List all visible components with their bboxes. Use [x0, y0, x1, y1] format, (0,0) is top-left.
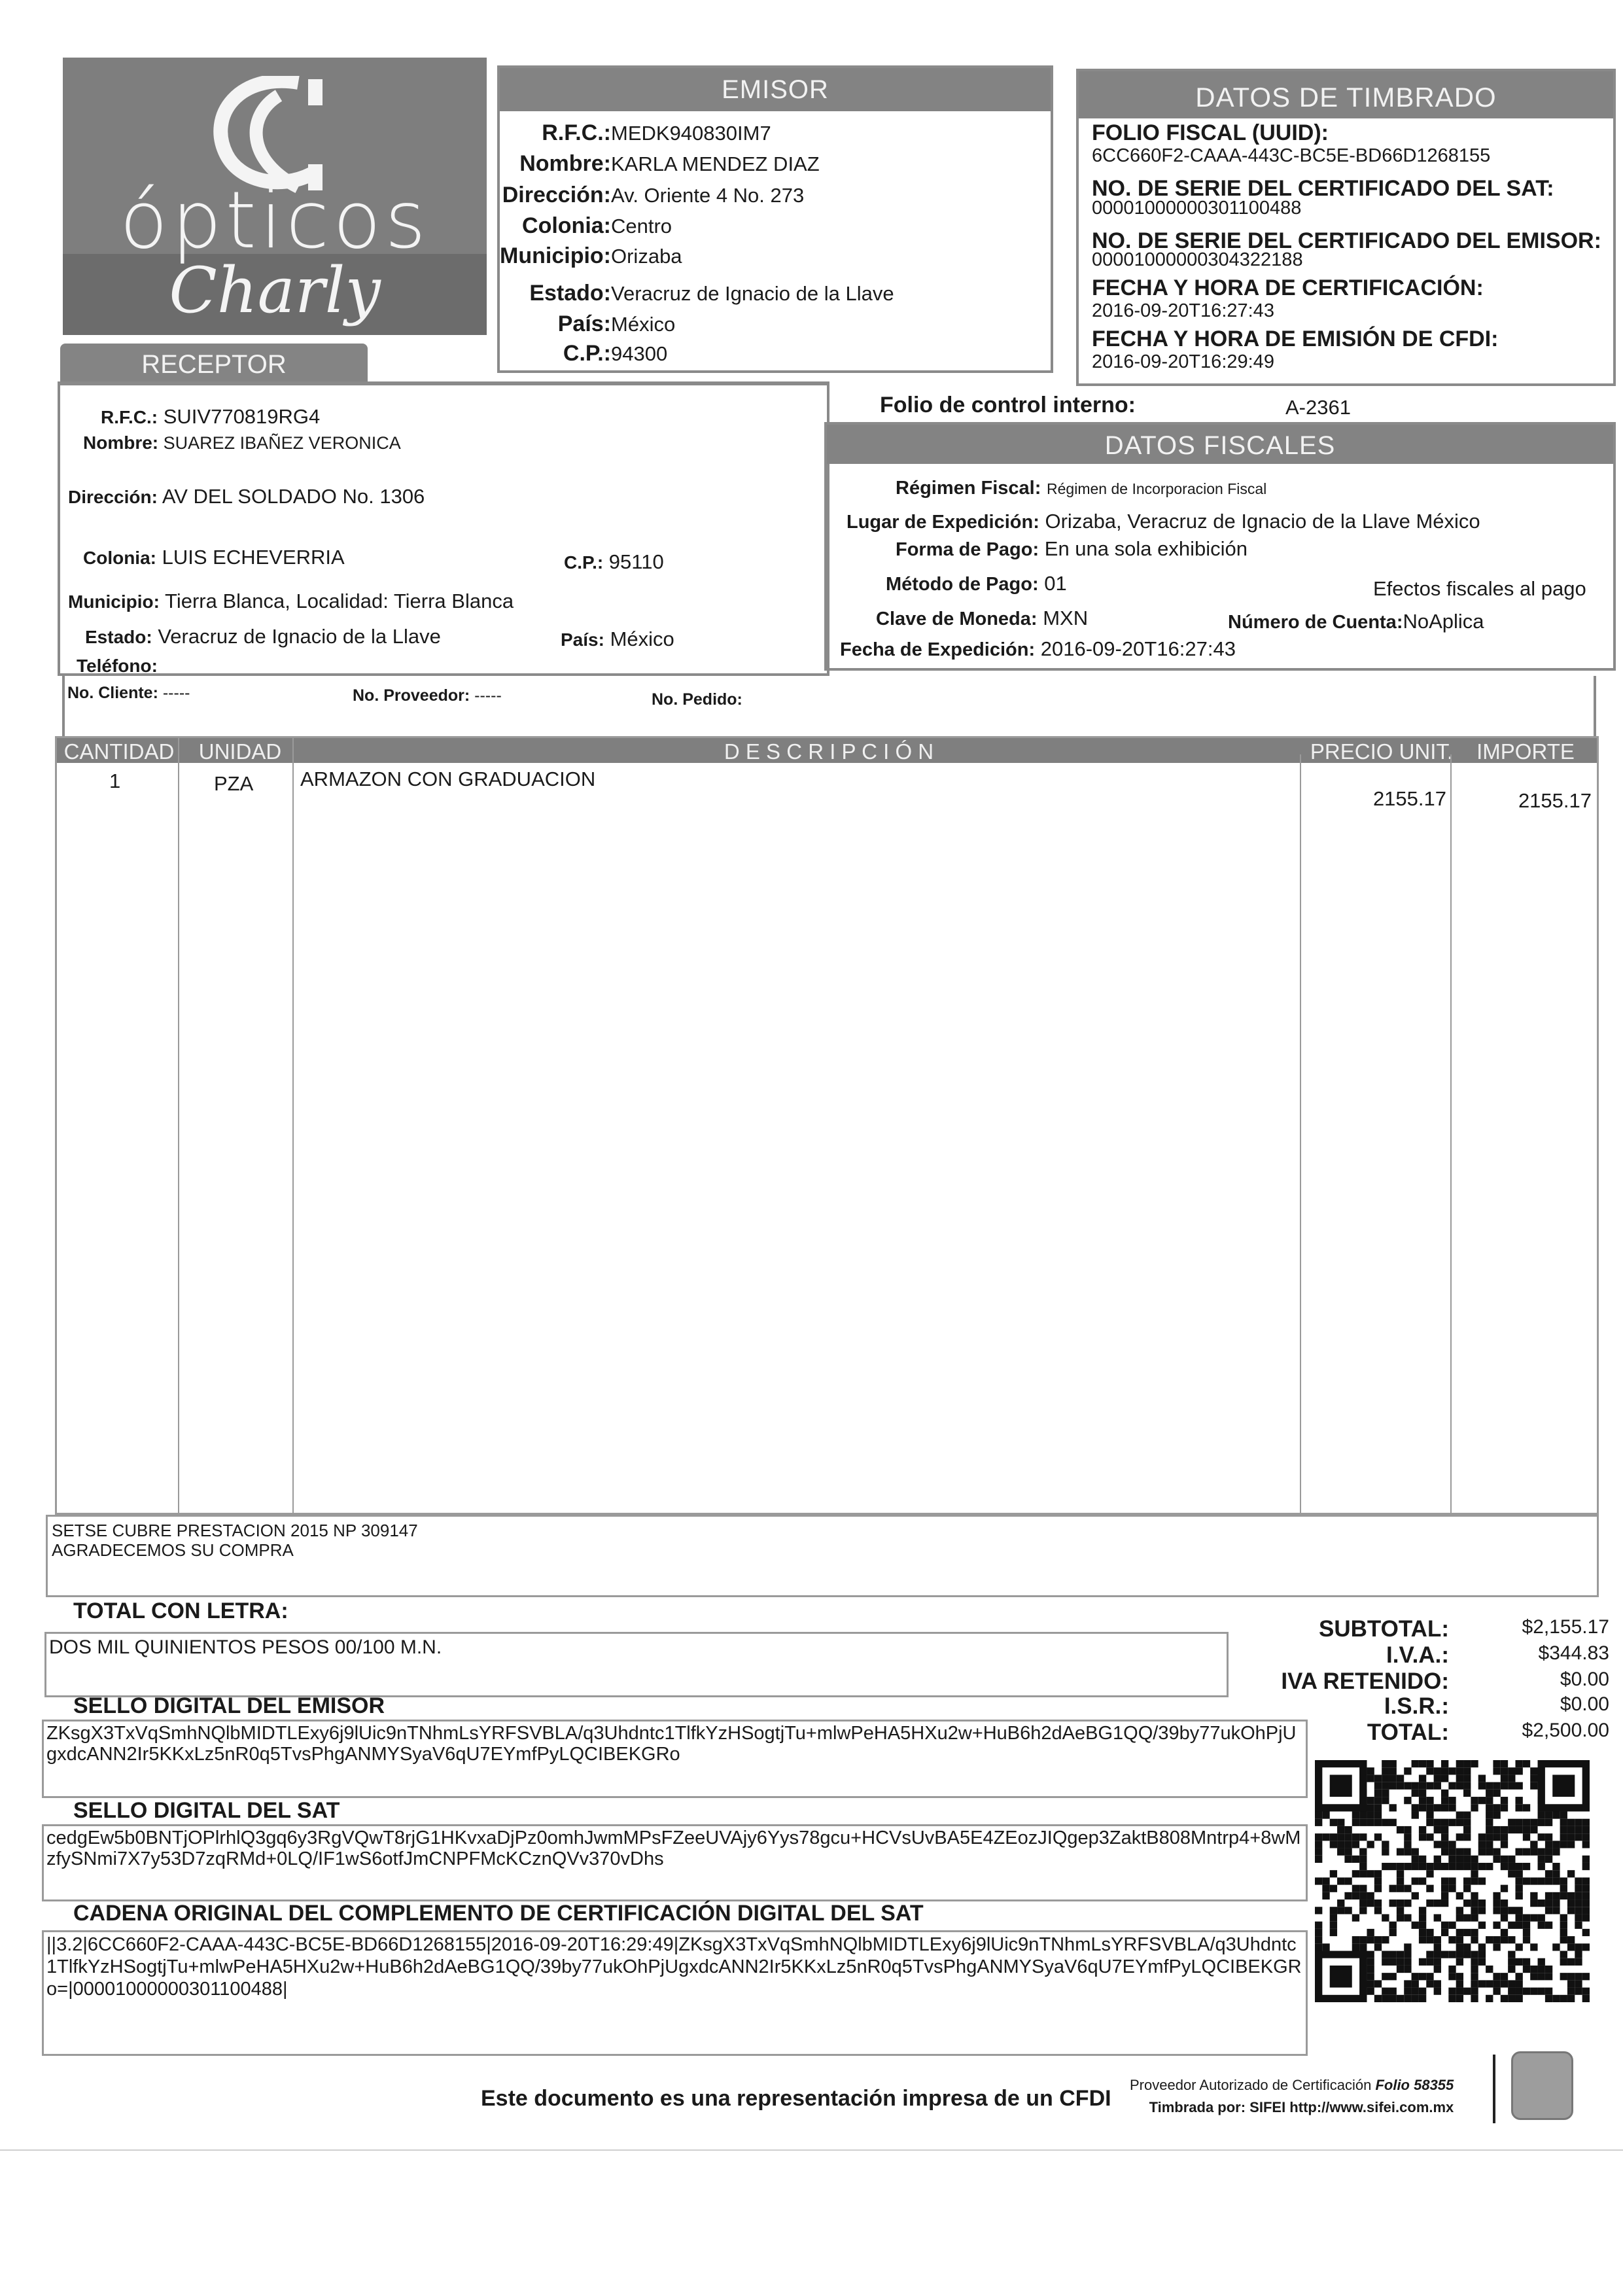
- total-letra-label: TOTAL CON LETRA:: [73, 1598, 288, 1624]
- total-letra-value: DOS MIL QUINIENTOS PESOS 00/100 M.N.: [44, 1632, 1229, 1697]
- emisor-municipio: Municipio:Orizaba: [493, 243, 682, 269]
- emisor-direccion: Dirección:Av. Oriente 4 No. 273: [493, 183, 804, 208]
- cadena-value: ||3.2|6CC660F2-CAAA-443C-BC5E-BD66D12681…: [42, 1930, 1308, 2056]
- pac-line-1: Proveedor Autorizado de Certificación Fo…: [1130, 2074, 1454, 2096]
- no-cliente: No. Cliente: -----: [67, 684, 190, 703]
- receptor-title: RECEPTOR: [60, 344, 368, 383]
- no-pedido: No. Pedido:: [652, 690, 742, 709]
- col-divider: [1450, 754, 1452, 1513]
- metodo-pago: Método de Pago: 01: [886, 572, 1067, 595]
- pac-seal-icon: [1511, 2051, 1573, 2120]
- receptor-cp: C.P.: 95110: [564, 550, 664, 574]
- company-logo: ópticos Charly: [63, 58, 487, 335]
- emisor-nombre: Nombre:KARLA MENDEZ DIAZ: [493, 151, 820, 177]
- fecha-cert-value: 2016-09-20T16:27:43: [1092, 300, 1274, 322]
- forma-pago: Forma de Pago: En una sola exhibición: [896, 537, 1248, 561]
- timbrado-title: DATOS DE TIMBRADO: [1079, 71, 1613, 118]
- numero-cuenta: Número de Cuenta:NoAplica: [1228, 610, 1484, 633]
- cert-emisor-value: 00001000000304322188: [1092, 249, 1303, 271]
- sello-emisor-label: SELLO DIGITAL DEL EMISOR: [73, 1693, 385, 1719]
- receptor-rfc: R.F.C.: SUIV770819RG4: [101, 405, 320, 429]
- folio-interno-value: A-2361: [1285, 396, 1351, 419]
- subtotal-row: SUBTOTAL:$2,155.17: [1230, 1616, 1609, 1642]
- col-divider: [178, 738, 179, 1513]
- page-edge-line: [0, 2149, 1623, 2151]
- header-unidad: UNIDAD: [181, 738, 299, 763]
- cell-precio: 2155.17: [1373, 787, 1446, 811]
- observacion-line: SETSE CUBRE PRESTACION 2015 NP 309147: [52, 1521, 1597, 1540]
- logo-brand-top: ópticos: [76, 175, 474, 266]
- receptor-colonia: Colonia: LUIS ECHEVERRIA: [83, 546, 345, 569]
- pac-line-2: Timbrada por: SIFEI http://www.sifei.com…: [1130, 2096, 1454, 2119]
- uuid-label: FOLIO FISCAL (UUID):: [1092, 120, 1329, 146]
- efectos-fiscales: Efectos fiscales al pago: [1373, 577, 1586, 601]
- header-descripcion: D E S C R I P C I Ó N: [299, 738, 1359, 763]
- emisor-cp: C.P.:94300: [493, 341, 667, 366]
- sello-sat-value: cedgEw5b0BNTjOPlrhlQ3gq6y3RgVQwT8rjG1HKv…: [42, 1824, 1308, 1901]
- sello-emisor-value: ZKsgX3TxVqSmhNQlbMIDTLExy6j9lUic9nTNhmLs…: [42, 1720, 1308, 1798]
- cert-sat-value: 00001000000301100488: [1092, 198, 1301, 219]
- fecha-emision-value: 2016-09-20T16:29:49: [1092, 351, 1274, 373]
- emisor-colonia: Colonia:Centro: [493, 213, 672, 239]
- sello-sat-label: SELLO DIGITAL DEL SAT: [73, 1798, 340, 1824]
- emisor-title: EMISOR: [500, 68, 1051, 111]
- footer-cfdi-notice: Este documento es una representación imp…: [481, 2086, 1111, 2111]
- header-cantidad: CANTIDAD: [57, 738, 181, 763]
- datos-fiscales-title: DATOS FISCALES: [827, 425, 1613, 464]
- fecha-expedicion: Fecha de Expedición: 2016-09-20T16:27:43: [840, 637, 1236, 661]
- emisor-section: EMISOR R.F.C.:MEDK940830IM7 Nombre:KARLA…: [497, 65, 1053, 373]
- observacion-line: AGRADECEMOS SU COMPRA: [52, 1540, 1597, 1560]
- uuid-value: 6CC660F2-CAAA-443C-BC5E-BD66D1268155: [1092, 145, 1490, 167]
- header-precio: PRECIO UNIT.: [1306, 738, 1457, 763]
- cell-importe: 2155.17: [1518, 789, 1592, 813]
- cell-unidad: PZA: [214, 772, 253, 796]
- logo-brand-bottom: Charly: [63, 254, 487, 327]
- no-proveedor: No. Proveedor: -----: [353, 686, 502, 705]
- receptor-municipio: Municipio: Tierra Blanca, Localidad: Tie…: [68, 590, 514, 613]
- col-divider: [292, 738, 294, 1513]
- isr-row: I.S.R.:$0.00: [1230, 1693, 1609, 1720]
- regimen-fiscal: Régimen Fiscal: Régimen de Incorporacion…: [896, 476, 1266, 499]
- emisor-rfc: R.F.C.:MEDK940830IM7: [493, 120, 771, 146]
- cadena-label: CADENA ORIGINAL DEL COMPLEMENTO DE CERTI…: [73, 1901, 924, 1926]
- col-divider: [1300, 754, 1301, 1513]
- fecha-emision-label: FECHA Y HORA DE EMISIÓN DE CFDI:: [1092, 327, 1499, 352]
- pac-divider: [1493, 2055, 1495, 2123]
- fecha-cert-label: FECHA Y HORA DE CERTIFICACIÓN:: [1092, 275, 1484, 301]
- iva-retenido-row: IVA RETENIDO:$0.00: [1230, 1669, 1609, 1695]
- receptor-pais: País: México: [561, 627, 674, 651]
- receptor-nombre: Nombre: SUAREZ IBAÑEZ VERONICA: [83, 433, 401, 453]
- receptor-direccion: Dirección: AV DEL SOLDADO No. 1306: [68, 485, 425, 508]
- cell-descripcion: ARMAZON CON GRADUACION: [300, 768, 595, 791]
- receptor-estado: Estado: Veracruz de Ignacio de la Llave: [85, 625, 441, 648]
- cell-cantidad: 1: [109, 769, 120, 793]
- emisor-pais: País:México: [493, 311, 675, 337]
- timbrado-section: DATOS DE TIMBRADO FOLIO FISCAL (UUID): 6…: [1076, 69, 1616, 386]
- emisor-estado: Estado:Veracruz de Ignacio de la Llave: [493, 281, 894, 306]
- items-table: CANTIDAD UNIDAD D E S C R I P C I Ó N PR…: [55, 736, 1599, 1515]
- lugar-expedicion: Lugar de Expedición: Orizaba, Veracruz d…: [846, 510, 1480, 533]
- clave-moneda: Clave de Moneda: MXN: [876, 607, 1088, 630]
- footer-pac-info: Proveedor Autorizado de Certificación Fo…: [1130, 2074, 1454, 2119]
- datos-fiscales-section: DATOS FISCALES Régimen Fiscal: Régimen d…: [824, 422, 1616, 671]
- header-importe: IMPORTE: [1457, 738, 1594, 763]
- observaciones-box: SETSE CUBRE PRESTACION 2015 NP 309147 AG…: [46, 1515, 1599, 1597]
- iva-row: I.V.A.:$344.83: [1230, 1642, 1609, 1669]
- qr-code-icon: [1315, 1760, 1590, 2002]
- folio-interno-label: Folio de control interno:: [880, 393, 1136, 418]
- receptor-telefono: Teléfono:: [77, 654, 158, 677]
- receptor-section: R.F.C.: SUIV770819RG4 Nombre: SUAREZ IBA…: [58, 381, 829, 676]
